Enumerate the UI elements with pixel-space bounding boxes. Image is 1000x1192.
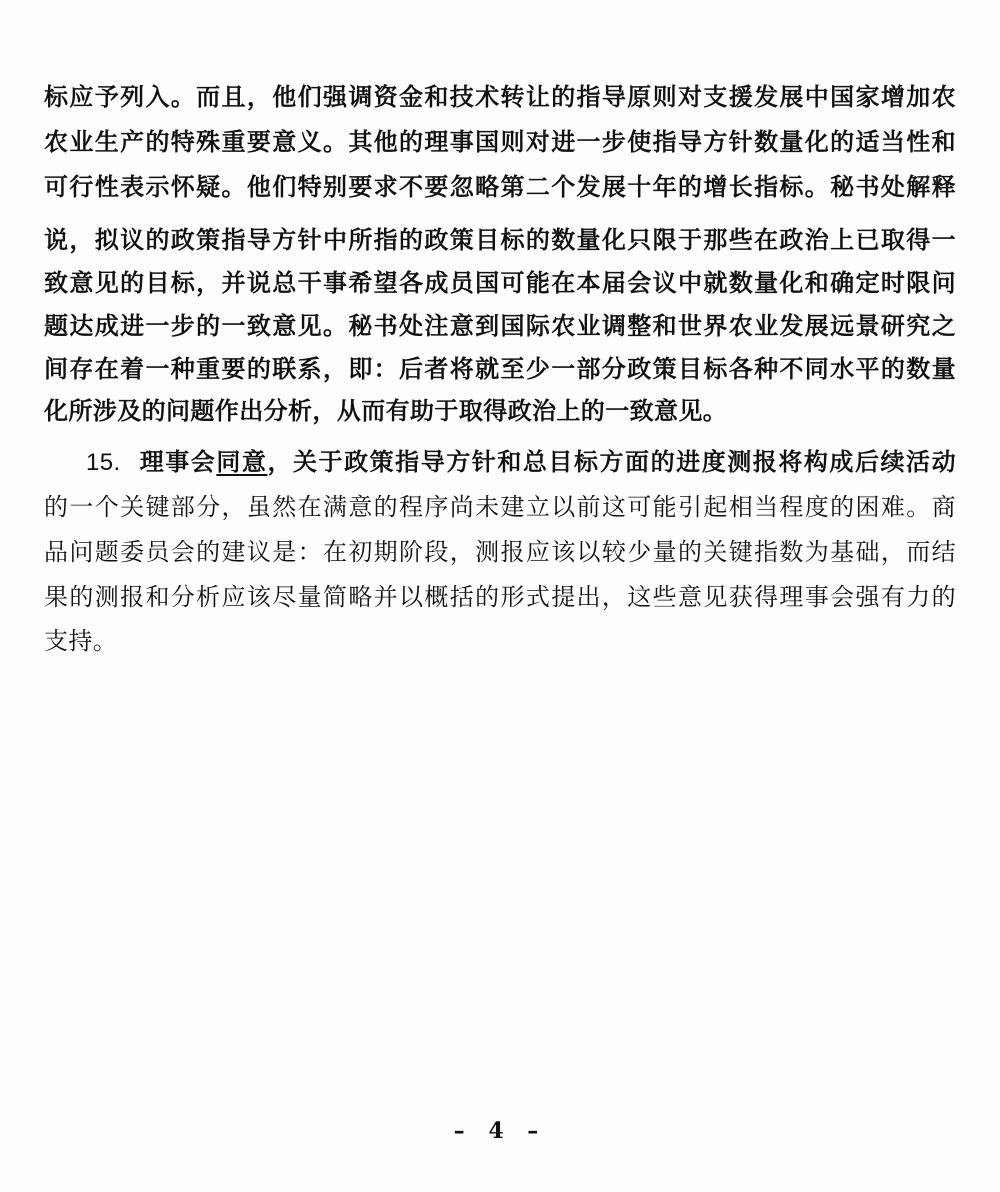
document-page: 标应予列入。而且，他们强调资金和技术转让的指导原则对支援发展中国家增加农 农业生… — [0, 0, 1000, 1192]
paragraph-lead-in: 理事会 — [139, 447, 217, 476]
text-line: 可行性表示怀疑。他们特别要求不要忽略第二个发展十年的增长指标。秘书处解释 — [44, 172, 956, 202]
text-line: 农业生产的特殊重要意义。其他的理事国则对进一步使指导方针数量化的适当性和 — [44, 127, 956, 157]
text-line: ，关于政策指导方针和总目标方面的进度测报将构成后续活动 — [267, 447, 956, 476]
text-line: 品问题委员会的建议是：在初期阶段，测报应该以较少量的关键指数为基础，而结 — [44, 537, 956, 567]
text-line: 致意见的目标，并说总干事希望各成员国可能在本届会议中就数量化和确定时限问 — [44, 268, 956, 298]
text-line: 支持。 — [44, 626, 956, 656]
text-line: 的一个关键部分，虽然在满意的程序尚未建立以前这可能引起相当程度的困难。商 — [44, 492, 956, 522]
underlined-verb: 同意 — [216, 447, 267, 476]
text-line: 化所涉及的问题作出分析，从而有助于取得政治上的一致意见。 — [44, 396, 956, 426]
paragraph-15-first-line: 15.理事会同意，关于政策指导方针和总目标方面的进度测报将构成后续活动 — [86, 447, 956, 478]
text-line: 间存在着一种重要的联系，即：后者将就至少一部分政策目标各种不同水平的数量 — [44, 354, 956, 384]
text-line: 说，拟议的政策指导方针中所指的政策目标的数量化只限于那些在政治上已取得一 — [44, 225, 956, 255]
text-line: 标应予列入。而且，他们强调资金和技术转让的指导原则对支援发展中国家增加农 — [44, 82, 956, 112]
text-line: 题达成进一步的一致意见。秘书处注意到国际农业调整和世界农业发展远景研究之 — [44, 311, 956, 341]
paragraph-number: 15. — [86, 449, 121, 476]
page-number: – 4 – — [0, 1118, 1000, 1144]
text-line: 果的测报和分析应该尽量简略并以概括的形式提出，这些意见获得理事会强有力的 — [44, 582, 956, 612]
